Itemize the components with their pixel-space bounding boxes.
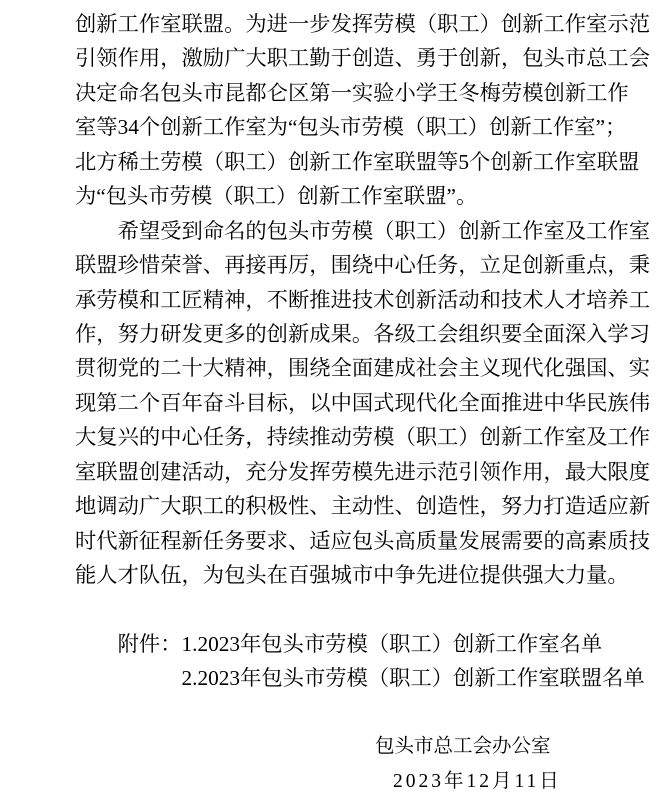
paragraph-1: 创新工作室联盟。为进一步发挥劳模（职工）创新工作室示范 引领作用，激励广大职工勤… xyxy=(75,7,652,214)
blank-line xyxy=(75,696,652,730)
attachments-label: 附件： xyxy=(118,632,182,656)
body-line: 引领作用，激励广大职工勤于创造、勇于创新，包头市总工会 xyxy=(75,41,652,75)
body-line: 联盟珍惜荣誉、再接再厉，围绕中心任务，立足创新重点，秉 xyxy=(75,248,652,282)
body-line: 创新工作室联盟。为进一步发挥劳模（职工）创新工作室示范 xyxy=(75,7,652,41)
attachments-block: 附件：1.2023年包头市劳模（职工）创新工作室名单 2.2023年包头市劳模（… xyxy=(75,627,652,696)
signature-date: 2023年12月11日 xyxy=(393,765,652,799)
document-page: 创新工作室联盟。为进一步发挥劳模（职工）创新工作室示范 引领作用，激励广大职工勤… xyxy=(0,0,670,804)
body-line: 作，努力研发更多的创新成果。各级工会组织要全面深入学习 xyxy=(75,317,652,351)
body-line: 希望受到命名的包头市劳模（职工）创新工作室及工作室 xyxy=(75,214,652,248)
attachment-item: 1.2023年包头市劳模（职工）创新工作室名单 xyxy=(182,632,603,656)
attachment-item: 2.2023年包头市劳模（职工）创新工作室联盟名单 xyxy=(75,661,652,695)
body-line: 承劳模和工匠精神，不断推进技术创新活动和技术人才培养工 xyxy=(75,283,652,317)
body-line: 时代新征程新任务要求、适应包头高质量发展需要的高素质技 xyxy=(75,524,652,558)
body-line: 现第二个百年奋斗目标，以中国式现代化全面推进中华民族伟 xyxy=(75,386,652,420)
body-line: 室联盟创建活动，充分发挥劳模先进示范引领作用，最大限度 xyxy=(75,455,652,489)
body-line: 室等34个创新工作室为“包头市劳模（职工）创新工作室”； xyxy=(75,110,652,144)
body-line: 能人才队伍，为包头在百强城市中争先进位提供强大力量。 xyxy=(75,558,652,592)
body-line: 地调动广大职工的积极性、主动性、创造性，努力打造适应新 xyxy=(75,489,652,523)
body-line: 北方稀土劳模（职工）创新工作室联盟等5个创新工作室联盟 xyxy=(75,145,652,179)
body-line: 决定命名包头市昆都仑区第一实验小学王冬梅劳模创新工作 xyxy=(75,76,652,110)
signature-organization: 包头市总工会办公室 xyxy=(375,730,652,764)
paragraph-2: 希望受到命名的包头市劳模（职工）创新工作室及工作室 联盟珍惜荣誉、再接再厉，围绕… xyxy=(75,214,652,593)
body-line: 大复兴的中心任务，持续推动劳模（职工）创新工作室及工作 xyxy=(75,420,652,454)
signature-block: 包头市总工会办公室 2023年12月11日 xyxy=(75,730,652,799)
attachment-row: 附件：1.2023年包头市劳模（职工）创新工作室名单 xyxy=(75,627,652,661)
blank-line xyxy=(75,592,652,626)
body-line: 为“包头市劳模（职工）创新工作室联盟”。 xyxy=(75,179,652,213)
body-line: 贯彻党的二十大精神，围绕全面建成社会主义现代化强国、实 xyxy=(75,351,652,385)
